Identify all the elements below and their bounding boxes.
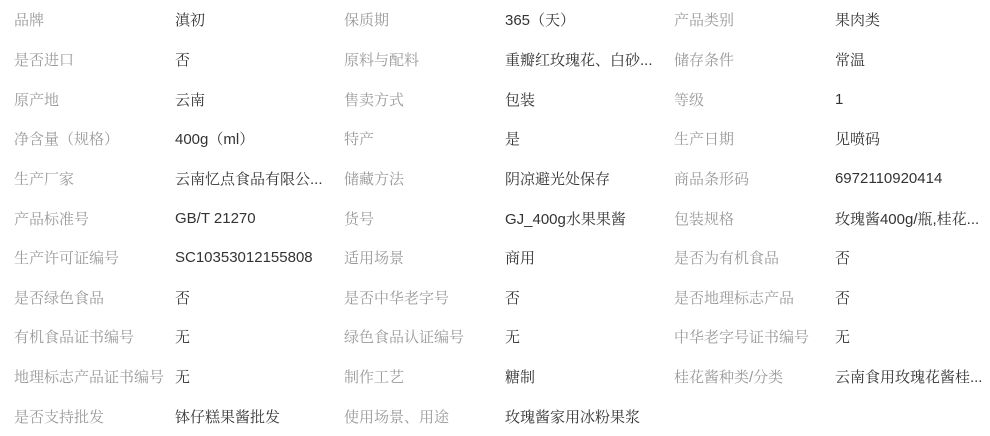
spec-label: 适用场景 <box>344 247 505 268</box>
spec-value: 否 <box>175 287 190 308</box>
spec-value: 是 <box>505 128 520 149</box>
spec-value: 重瓣红玫瑰花、白砂... <box>505 49 653 70</box>
spec-label: 是否进口 <box>14 49 175 70</box>
spec-label: 原产地 <box>14 89 175 110</box>
spec-cell: 是否中华老字号 否 <box>330 287 660 308</box>
spec-label: 等级 <box>674 89 835 110</box>
spec-value: 玫瑰酱家用冰粉果浆 <box>505 406 640 427</box>
spec-cell: 售卖方式 包装 <box>330 89 660 110</box>
spec-value: 云南食用玫瑰花酱桂... <box>835 366 983 387</box>
spec-cell: 品牌 滇初 <box>0 9 330 30</box>
spec-label: 净含量（规格） <box>14 128 175 149</box>
spec-cell: 制作工艺 糖制 <box>330 366 660 387</box>
spec-cell: 储藏方法 阴凉避光处保存 <box>330 168 660 189</box>
spec-label: 生产日期 <box>674 128 835 149</box>
spec-row: 净含量（规格） 400g（ml） 特产 是 生产日期 见喷码 <box>0 119 990 159</box>
spec-value: 包装 <box>505 89 535 110</box>
spec-label: 包装规格 <box>674 208 835 229</box>
spec-cell: 生产日期 见喷码 <box>660 128 990 149</box>
spec-cell: 产品标准号 GB/T 21270 <box>0 208 330 229</box>
spec-label: 有机食品证书编号 <box>14 326 175 347</box>
spec-value: 无 <box>175 366 190 387</box>
spec-value: 无 <box>835 326 850 347</box>
spec-label: 地理标志产品证书编号 <box>14 366 175 387</box>
spec-row: 有机食品证书编号 无 绿色食品认证编号 无 中华老字号证书编号 无 <box>0 317 990 357</box>
spec-cell: 商品条形码 6972110920414 <box>660 168 990 189</box>
spec-cell: 绿色食品认证编号 无 <box>330 326 660 347</box>
spec-value: GJ_400g水果果酱 <box>505 208 626 229</box>
spec-label: 生产许可证编号 <box>14 247 175 268</box>
spec-value: 否 <box>505 287 520 308</box>
spec-row: 是否绿色食品 否 是否中华老字号 否 是否地理标志产品 否 <box>0 277 990 317</box>
spec-label: 桂花酱种类/分类 <box>674 366 835 387</box>
spec-row: 是否支持批发 钵仔糕果酱批发 使用场景、用途 玫瑰酱家用冰粉果浆 <box>0 396 990 436</box>
spec-value: GB/T 21270 <box>175 210 256 227</box>
spec-value: 云南忆点食品有限公... <box>175 168 323 189</box>
spec-row: 品牌 滇初 保质期 365（天） 产品类别 果肉类 <box>0 0 990 40</box>
spec-label: 是否中华老字号 <box>344 287 505 308</box>
spec-value: 否 <box>835 247 850 268</box>
spec-cell: 包装规格 玫瑰酱400g/瓶,桂花... <box>660 208 990 229</box>
spec-cell: 是否进口 否 <box>0 49 330 70</box>
spec-cell: 适用场景 商用 <box>330 247 660 268</box>
spec-value: 玫瑰酱400g/瓶,桂花... <box>835 208 979 229</box>
spec-row: 是否进口 否 原料与配料 重瓣红玫瑰花、白砂... 储存条件 常温 <box>0 40 990 80</box>
spec-value: 见喷码 <box>835 128 880 149</box>
spec-cell: 保质期 365（天） <box>330 9 660 30</box>
spec-label: 特产 <box>344 128 505 149</box>
spec-cell: 生产厂家 云南忆点食品有限公... <box>0 168 330 189</box>
spec-label: 售卖方式 <box>344 89 505 110</box>
spec-cell: 有机食品证书编号 无 <box>0 326 330 347</box>
spec-label: 制作工艺 <box>344 366 505 387</box>
spec-cell: 原料与配料 重瓣红玫瑰花、白砂... <box>330 49 660 70</box>
spec-value: 果肉类 <box>835 9 880 30</box>
spec-value: 糖制 <box>505 366 535 387</box>
spec-value: 6972110920414 <box>835 170 942 187</box>
spec-label: 产品标准号 <box>14 208 175 229</box>
spec-label: 货号 <box>344 208 505 229</box>
spec-cell: 净含量（规格） 400g（ml） <box>0 128 330 149</box>
spec-label: 是否支持批发 <box>14 406 175 427</box>
spec-cell: 原产地 云南 <box>0 89 330 110</box>
spec-cell: 生产许可证编号 SC10353012155808 <box>0 247 330 268</box>
spec-value: 无 <box>175 326 190 347</box>
spec-value: 钵仔糕果酱批发 <box>175 406 280 427</box>
spec-cell: 桂花酱种类/分类 云南食用玫瑰花酱桂... <box>660 366 990 387</box>
spec-value: 否 <box>175 49 190 70</box>
spec-cell: 储存条件 常温 <box>660 49 990 70</box>
spec-label: 原料与配料 <box>344 49 505 70</box>
spec-label: 是否绿色食品 <box>14 287 175 308</box>
spec-cell: 是否地理标志产品 否 <box>660 287 990 308</box>
spec-row: 生产许可证编号 SC10353012155808 适用场景 商用 是否为有机食品… <box>0 238 990 278</box>
spec-row: 生产厂家 云南忆点食品有限公... 储藏方法 阴凉避光处保存 商品条形码 697… <box>0 159 990 199</box>
spec-row: 地理标志产品证书编号 无 制作工艺 糖制 桂花酱种类/分类 云南食用玫瑰花酱桂.… <box>0 357 990 397</box>
spec-label: 是否地理标志产品 <box>674 287 835 308</box>
spec-value: 云南 <box>175 89 205 110</box>
spec-value: SC10353012155808 <box>175 249 313 266</box>
spec-cell: 使用场景、用途 玫瑰酱家用冰粉果浆 <box>330 406 660 427</box>
spec-value: 否 <box>835 287 850 308</box>
spec-cell: 是否支持批发 钵仔糕果酱批发 <box>0 406 330 427</box>
spec-label: 中华老字号证书编号 <box>674 326 835 347</box>
spec-label: 储存条件 <box>674 49 835 70</box>
spec-label: 商品条形码 <box>674 168 835 189</box>
spec-value: 商用 <box>505 247 535 268</box>
spec-label: 品牌 <box>14 9 175 30</box>
spec-label: 产品类别 <box>674 9 835 30</box>
product-spec-table: 品牌 滇初 保质期 365（天） 产品类别 果肉类 是否进口 否 原料与配料 重… <box>0 0 990 436</box>
spec-value: 365（天） <box>505 9 575 30</box>
spec-label: 保质期 <box>344 9 505 30</box>
spec-row: 原产地 云南 售卖方式 包装 等级 1 <box>0 79 990 119</box>
spec-cell: 特产 是 <box>330 128 660 149</box>
spec-cell: 是否绿色食品 否 <box>0 287 330 308</box>
spec-label: 储藏方法 <box>344 168 505 189</box>
spec-cell: 地理标志产品证书编号 无 <box>0 366 330 387</box>
spec-cell: 是否为有机食品 否 <box>660 247 990 268</box>
spec-value: 1 <box>835 91 843 108</box>
spec-value: 400g（ml） <box>175 128 254 149</box>
spec-cell: 货号 GJ_400g水果果酱 <box>330 208 660 229</box>
spec-label: 生产厂家 <box>14 168 175 189</box>
spec-value: 阴凉避光处保存 <box>505 168 610 189</box>
spec-row: 产品标准号 GB/T 21270 货号 GJ_400g水果果酱 包装规格 玫瑰酱… <box>0 198 990 238</box>
spec-value: 滇初 <box>175 9 205 30</box>
spec-cell: 产品类别 果肉类 <box>660 9 990 30</box>
spec-value: 常温 <box>835 49 865 70</box>
spec-cell: 中华老字号证书编号 无 <box>660 326 990 347</box>
spec-value: 无 <box>505 326 520 347</box>
spec-label: 是否为有机食品 <box>674 247 835 268</box>
spec-cell: 等级 1 <box>660 89 990 110</box>
spec-label: 使用场景、用途 <box>344 406 505 427</box>
spec-label: 绿色食品认证编号 <box>344 326 505 347</box>
